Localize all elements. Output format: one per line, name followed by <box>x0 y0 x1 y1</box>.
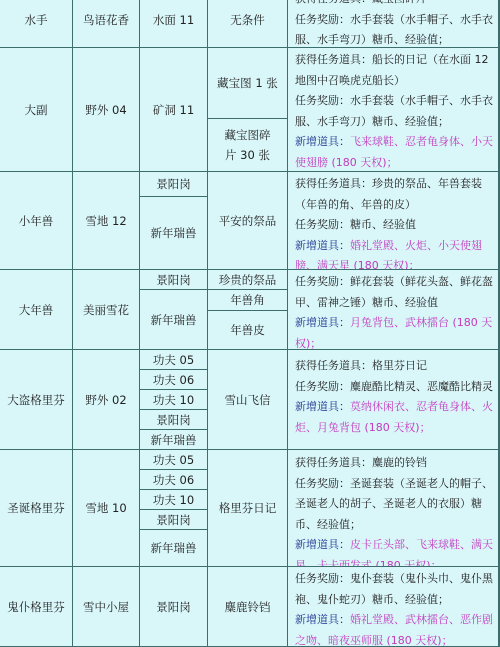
monster-cell: 景阳岗 <box>140 172 208 197</box>
npc-cell: 小年兽 <box>0 172 73 270</box>
description-cell: 任务奖励：鲜花套装（鲜花头盔、鲜花盔甲、雷神之锤）糖币、经验值 新增道具：月兔背… <box>288 270 500 350</box>
monster-cell: 新年瑞兽 <box>140 290 208 350</box>
condition-cell: 珍贵的祭品 <box>208 270 288 290</box>
get-item-text: 获得任务道具：格里芬日记 <box>295 356 494 377</box>
map-cell: 野外 02 <box>73 350 140 450</box>
monster-cell: 景阳岗 <box>140 410 208 430</box>
description-cell: 任务奖励：鬼仆套装（鬼仆头巾、鬼仆黑袍、鬼仆蛇刃）糖币、经验值； 新增道具：婚礼… <box>288 567 500 647</box>
reward-text: 任务奖励：水手套装（水手帽子、水手衣服、水手弯刀）糖币、经验值； <box>295 10 494 49</box>
reward-text: 任务奖励：鲜花套装（鲜花头盔、鲜花盔甲、雷神之锤）糖币、经验值 <box>295 272 494 313</box>
get-item-text: 获得任务道具：藏宝图碎片 <box>295 0 494 10</box>
condition-cell: 藏宝图 1 张 <box>208 48 288 119</box>
new-items-label: 新增道具： <box>295 538 350 551</box>
map-cell: 鸟语花香 <box>73 0 140 48</box>
monster-cell: 功夫 05 <box>140 450 208 470</box>
get-item-text: 获得任务道具：麋鹿的铃铛 <box>295 453 494 474</box>
reward-text: 任务奖励：鬼仆套装（鬼仆头巾、鬼仆黑袍、鬼仆蛇刃）糖币、经验值； <box>295 569 494 610</box>
map-cell: 美丽雪花 <box>73 270 140 350</box>
description-cell: 获得任务道具：格里芬日记 任务奖励：麋鹿酷比精灵、恶魔酷比精灵 新增道具：莫纳休… <box>288 350 500 450</box>
condition-cell: 无条件 <box>208 0 288 48</box>
condition-cell: 年兽皮 <box>208 311 288 350</box>
quest-table: 水手 鸟语花香 水面 11 无条件 获得任务道具：藏宝图碎片 任务奖励：水手套装… <box>0 0 500 647</box>
reward-text: 任务奖励：水手套装（水手帽子、水手衣服、水手弯刀）糖币、经验值； <box>295 91 494 132</box>
monster-cell: 功夫 05 <box>140 350 208 370</box>
description-cell: 获得任务道具：麋鹿的铃铛 任务奖励：圣诞套装（圣诞老人的帽子、圣诞老人的胡子、圣… <box>288 450 500 567</box>
new-items-label: 新增道具： <box>295 613 350 626</box>
description-cell: 获得任务道具：船长的日记（在水面 12 地图中召唤虎克船长） 任务奖励：水手套装… <box>288 48 500 172</box>
npc-cell: 水手 <box>0 0 73 48</box>
condition-cell: 平安的祭品 <box>208 172 288 270</box>
get-item-text: 获得任务道具：船长的日记（在水面 12 地图中召唤虎克船长） <box>295 50 494 91</box>
map-cell: 雪地 12 <box>73 172 140 270</box>
monster-cell: 功夫 10 <box>140 490 208 510</box>
condition-cell: 雪山飞信 <box>208 350 288 450</box>
monster-cell: 新年瑞兽 <box>140 530 208 567</box>
monster-cell: 功夫 06 <box>140 370 208 390</box>
condition-cell: 藏宝图碎片 30 张 <box>208 119 288 172</box>
monster-cell: 矿洞 11 <box>140 48 208 172</box>
monster-cell: 功夫 06 <box>140 470 208 490</box>
npc-cell: 大副 <box>0 48 73 172</box>
reward-text: 任务奖励：麋鹿酷比精灵、恶魔酷比精灵 <box>295 377 494 398</box>
new-items-label: 新增道具： <box>295 135 350 148</box>
condition-cell: 格里芬日记 <box>208 450 288 567</box>
map-cell: 雪地 10 <box>73 450 140 567</box>
monster-cell: 功夫 10 <box>140 390 208 410</box>
monster-cell: 新年瑞兽 <box>140 430 208 450</box>
npc-cell: 圣诞格里芬 <box>0 450 73 567</box>
monster-cell: 景阳岗 <box>140 567 208 647</box>
condition-cell: 麋鹿铃铛 <box>208 567 288 647</box>
map-cell: 野外 04 <box>73 48 140 172</box>
condition-cell: 年兽角 <box>208 290 288 311</box>
new-items-label: 新增道具： <box>295 400 350 413</box>
map-cell: 雪中小屋 <box>73 567 140 647</box>
reward-text: 任务奖励：圣诞套装（圣诞老人的帽子、圣诞老人的胡子、圣诞老人的衣服）糖币、经验值… <box>295 474 494 536</box>
description-cell: 获得任务道具：藏宝图碎片 任务奖励：水手套装（水手帽子、水手衣服、水手弯刀）糖币… <box>288 0 500 48</box>
reward-text: 任务奖励：糖币、经验值 <box>295 215 494 236</box>
monster-cell: 景阳岗 <box>140 510 208 530</box>
monster-cell: 水面 11 <box>140 0 208 48</box>
new-items-label: 新增道具： <box>295 239 350 252</box>
monster-cell: 景阳岗 <box>140 270 208 290</box>
npc-cell: 大盗格里芬 <box>0 350 73 450</box>
npc-cell: 大年兽 <box>0 270 73 350</box>
monster-cell: 新年瑞兽 <box>140 197 208 270</box>
get-item-text: 获得任务道具：珍贵的祭品、年兽套装（年兽的角、年兽的皮） <box>295 174 494 215</box>
npc-cell: 鬼仆格里芬 <box>0 567 73 647</box>
description-cell: 获得任务道具：珍贵的祭品、年兽套装（年兽的角、年兽的皮） 任务奖励：糖币、经验值… <box>288 172 500 270</box>
new-items-label: 新增道具： <box>295 316 350 329</box>
